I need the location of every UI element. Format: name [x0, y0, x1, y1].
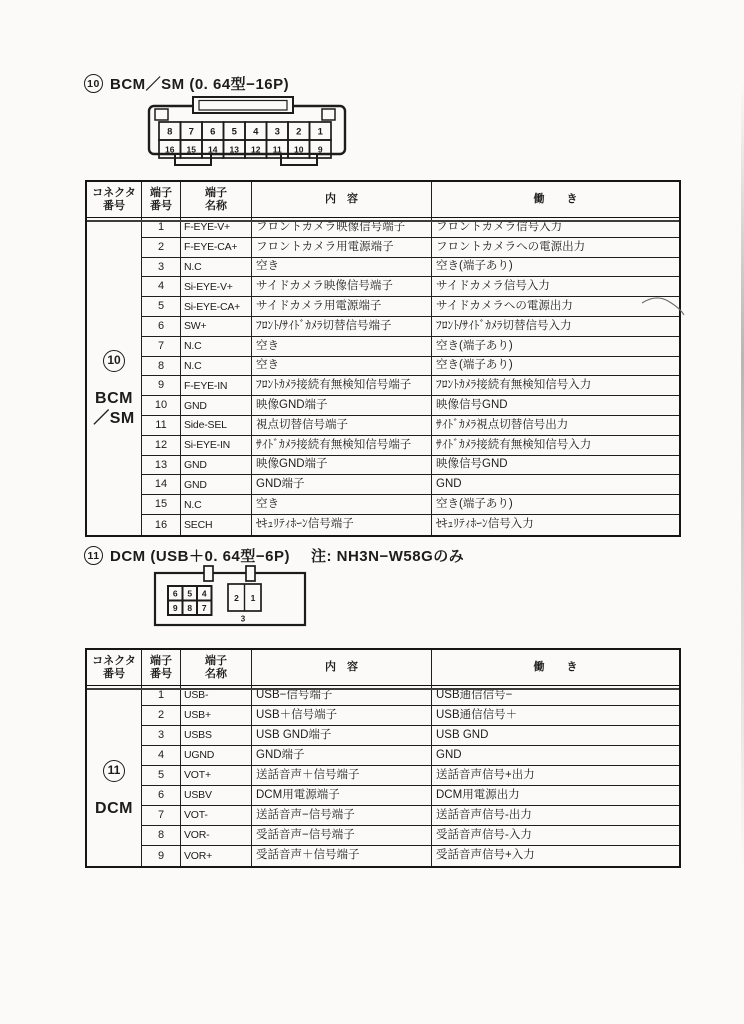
terminal-name-cell: F-EYE-IN: [181, 376, 252, 396]
pin-number: 9: [318, 145, 323, 155]
terminal-number-cell: 9: [142, 846, 181, 866]
connector-id-cell: 11DCM: [87, 686, 142, 866]
content-cell: 送話音声＋信号端子: [252, 766, 432, 786]
terminal-number-cell: 6: [142, 786, 181, 806]
terminal-name-cell: USB+: [181, 706, 252, 726]
section-title-note: 注: NH3N−W58Gのみ: [311, 545, 464, 566]
pinout-table-dcm: コネクタ 番号端子 番号端子 名称内 容働 き11DCM1USB-USB−信号端…: [85, 648, 681, 868]
content-cell: 受話音声＋信号端子: [252, 846, 432, 866]
top-slot-right: [246, 566, 255, 581]
terminal-name-cell: GND: [181, 475, 252, 495]
terminal-number-cell: 4: [142, 746, 181, 766]
terminal-name-cell: UGND: [181, 746, 252, 766]
function-cell: GND: [432, 475, 679, 495]
pin-number: 9: [173, 603, 178, 613]
terminal-name-cell: Si-EYE-V+: [181, 277, 252, 297]
col-header-terminal-name: 端子 名称: [181, 182, 252, 218]
terminal-name-cell: N.C: [181, 337, 252, 357]
pin-number: 4: [253, 127, 259, 138]
connector-body: [155, 573, 305, 625]
function-cell: 空き(端子あり): [432, 495, 679, 515]
content-cell: USB＋信号端子: [252, 706, 432, 726]
terminal-number-cell: 9: [142, 376, 181, 396]
function-cell: USB通信信号＋: [432, 706, 679, 726]
terminal-number-cell: 7: [142, 806, 181, 826]
col-header-content: 内 容: [252, 182, 432, 218]
pin-number: 1: [318, 127, 324, 138]
terminal-name-cell: VOT-: [181, 806, 252, 826]
terminal-name-cell: F-EYE-V+: [181, 218, 252, 238]
terminal-name-cell: VOR+: [181, 846, 252, 866]
content-cell: 視点切替信号端子: [252, 416, 432, 436]
function-cell: サイドカメラ信号入力: [432, 277, 679, 297]
col-header-function: 働 き: [432, 182, 679, 218]
function-cell: フロントカメラへの電源出力: [432, 238, 679, 258]
pin-number: 2: [296, 127, 301, 138]
manual-page: 10 BCM／SM (0. 64型−16P) 87654321161514131…: [0, 0, 744, 1024]
function-cell: 映像信号GND: [432, 396, 679, 416]
terminal-name-cell: GND: [181, 396, 252, 416]
terminal-name-cell: GND: [181, 456, 252, 476]
terminal-number-cell: 14: [142, 475, 181, 495]
corner-slot-right: [322, 109, 335, 120]
function-cell: ｻｲﾄﾞｶﾒﾗ接続有無検知信号入力: [432, 436, 679, 456]
function-cell: USB通信信号−: [432, 686, 679, 706]
terminal-name-cell: USBV: [181, 786, 252, 806]
content-cell: ｾｷｭﾘﾃｨﾎｰﾝ信号端子: [252, 515, 432, 535]
content-cell: サイドカメラ映像信号端子: [252, 277, 432, 297]
content-cell: GND端子: [252, 746, 432, 766]
col-header-connector-no: コネクタ 番号: [87, 650, 142, 686]
terminal-name-cell: SECH: [181, 515, 252, 535]
terminal-name-cell: N.C: [181, 495, 252, 515]
col-header-function: 働 き: [432, 650, 679, 686]
terminal-name-cell: Si-EYE-IN: [181, 436, 252, 456]
content-cell: USB−信号端子: [252, 686, 432, 706]
pin-number: 1: [251, 593, 256, 603]
content-cell: 空き: [252, 337, 432, 357]
function-cell: フロントカメラ信号入力: [432, 218, 679, 238]
terminal-name-cell: VOR-: [181, 826, 252, 846]
pin-number: 10: [294, 145, 304, 155]
function-cell: ﾌﾛﾝﾄｶﾒﾗ接続有無検知信号入力: [432, 376, 679, 396]
content-cell: フロントカメラ用電源端子: [252, 238, 432, 258]
terminal-number-cell: 3: [142, 258, 181, 278]
terminal-name-cell: USB-: [181, 686, 252, 706]
content-cell: 映像GND端子: [252, 456, 432, 476]
terminal-name-cell: Side-SEL: [181, 416, 252, 436]
content-cell: GND端子: [252, 475, 432, 495]
content-cell: 空き: [252, 258, 432, 278]
terminal-number-cell: 13: [142, 456, 181, 476]
terminal-number-cell: 5: [142, 297, 181, 317]
pinout-table-bcm-sm: コネクタ 番号端子 番号端子 名称内 容働 き10BCM ／SM1F-EYE-V…: [85, 180, 681, 537]
col-header-connector-no: コネクタ 番号: [87, 182, 142, 218]
circled-number-10: 10: [84, 74, 103, 93]
terminal-number-cell: 5: [142, 766, 181, 786]
pin-number: 12: [251, 145, 261, 155]
connector-diagram-6p: 654987213: [152, 563, 312, 635]
pin-number: 3: [275, 127, 280, 138]
terminal-number-cell: 1: [142, 218, 181, 238]
content-cell: ﾌﾛﾝﾄｶﾒﾗ接続有無検知信号端子: [252, 376, 432, 396]
terminal-number-cell: 10: [142, 396, 181, 416]
terminal-number-cell: 16: [142, 515, 181, 535]
connector-foot-right: [281, 154, 317, 165]
function-cell: DCM用電源出力: [432, 786, 679, 806]
circled-connector-number: 10: [103, 350, 125, 372]
pin-number: 11: [273, 145, 282, 155]
terminal-name-cell: N.C: [181, 357, 252, 377]
content-cell: フロントカメラ映像信号端子: [252, 218, 432, 238]
function-cell: 送話音声信号-出力: [432, 806, 679, 826]
terminal-name-cell: USBS: [181, 726, 252, 746]
content-cell: 映像GND端子: [252, 396, 432, 416]
content-cell: ﾌﾛﾝﾄ/ｻｲﾄﾞｶﾒﾗ切替信号端子: [252, 317, 432, 337]
section-title-bcm-sm: 10 BCM／SM (0. 64型−16P): [84, 73, 289, 94]
function-cell: ﾌﾛﾝﾄ/ｻｲﾄﾞｶﾒﾗ切替信号入力: [432, 317, 679, 337]
terminal-number-cell: 2: [142, 706, 181, 726]
connector-name: DCM: [95, 799, 133, 819]
corner-slot-left: [155, 109, 168, 120]
function-cell: ｻｲﾄﾞｶﾒﾗ視点切替信号出力: [432, 416, 679, 436]
function-cell: 受話音声信号-入力: [432, 826, 679, 846]
function-cell: ｾｷｭﾘﾃｨﾎｰﾝ信号入力: [432, 515, 679, 535]
function-cell: 空き(端子あり): [432, 258, 679, 278]
pin-number: 16: [165, 145, 175, 155]
pin-number: 15: [187, 145, 197, 155]
terminal-number-cell: 4: [142, 277, 181, 297]
terminal-number-cell: 8: [142, 826, 181, 846]
circled-connector-number: 11: [103, 760, 125, 782]
terminal-number-cell: 6: [142, 317, 181, 337]
pin-number: 6: [173, 589, 178, 599]
terminal-number-cell: 8: [142, 357, 181, 377]
function-cell: 映像信号GND: [432, 456, 679, 476]
terminal-name-cell: Si-EYE-CA+: [181, 297, 252, 317]
terminal-number-cell: 11: [142, 416, 181, 436]
function-cell: 送話音声信号+出力: [432, 766, 679, 786]
terminal-number-cell: 7: [142, 337, 181, 357]
function-cell: サイドカメラへの電源出力: [432, 297, 679, 317]
content-cell: USB GND端子: [252, 726, 432, 746]
terminal-number-cell: 1: [142, 686, 181, 706]
content-cell: 空き: [252, 357, 432, 377]
terminal-name-cell: VOT+: [181, 766, 252, 786]
connector-name: BCM ／SM: [93, 389, 135, 429]
function-cell: 受話音声信号+入力: [432, 846, 679, 866]
function-cell: 空き(端子あり): [432, 337, 679, 357]
terminal-name-cell: SW+: [181, 317, 252, 337]
pin-number: 6: [210, 127, 215, 138]
content-cell: 受話音声−信号端子: [252, 826, 432, 846]
pin-number: 5: [187, 589, 192, 599]
terminal-number-cell: 3: [142, 726, 181, 746]
content-cell: DCM用電源端子: [252, 786, 432, 806]
function-cell: 空き(端子あり): [432, 357, 679, 377]
terminal-number-cell: 2: [142, 238, 181, 258]
content-cell: 送話音声−信号端子: [252, 806, 432, 826]
content-cell: サイドカメラ用電源端子: [252, 297, 432, 317]
terminal-number-cell: 12: [142, 436, 181, 456]
connector-diagram-16p: 87654321161514131211109: [145, 92, 355, 172]
col-header-terminal-no: 端子 番号: [142, 650, 181, 686]
pin-number: 4: [202, 589, 207, 599]
pin-number: 7: [189, 127, 194, 138]
pin-number: 3: [241, 615, 246, 624]
content-cell: 空き: [252, 495, 432, 515]
terminal-name-cell: N.C: [181, 258, 252, 278]
pin-number: 14: [208, 145, 218, 155]
pin-number: 8: [187, 603, 192, 613]
pin-number: 7: [202, 603, 207, 613]
function-cell: USB GND: [432, 726, 679, 746]
col-header-terminal-no: 端子 番号: [142, 182, 181, 218]
connector-id-cell: 10BCM ／SM: [87, 218, 142, 535]
top-slot-left: [204, 566, 213, 581]
terminal-name-cell: F-EYE-CA+: [181, 238, 252, 258]
section-title-text: BCM／SM (0. 64型−16P): [110, 73, 289, 94]
pin-number: 5: [232, 127, 238, 138]
pin-number: 2: [234, 593, 239, 603]
terminal-number-cell: 15: [142, 495, 181, 515]
pin-number: 8: [167, 127, 172, 138]
circled-number-11: 11: [84, 546, 103, 565]
function-cell: GND: [432, 746, 679, 766]
col-header-terminal-name: 端子 名称: [181, 650, 252, 686]
col-header-content: 内 容: [252, 650, 432, 686]
pin-number: 13: [230, 145, 240, 155]
content-cell: ｻｲﾄﾞｶﾒﾗ接続有無検知信号端子: [252, 436, 432, 456]
